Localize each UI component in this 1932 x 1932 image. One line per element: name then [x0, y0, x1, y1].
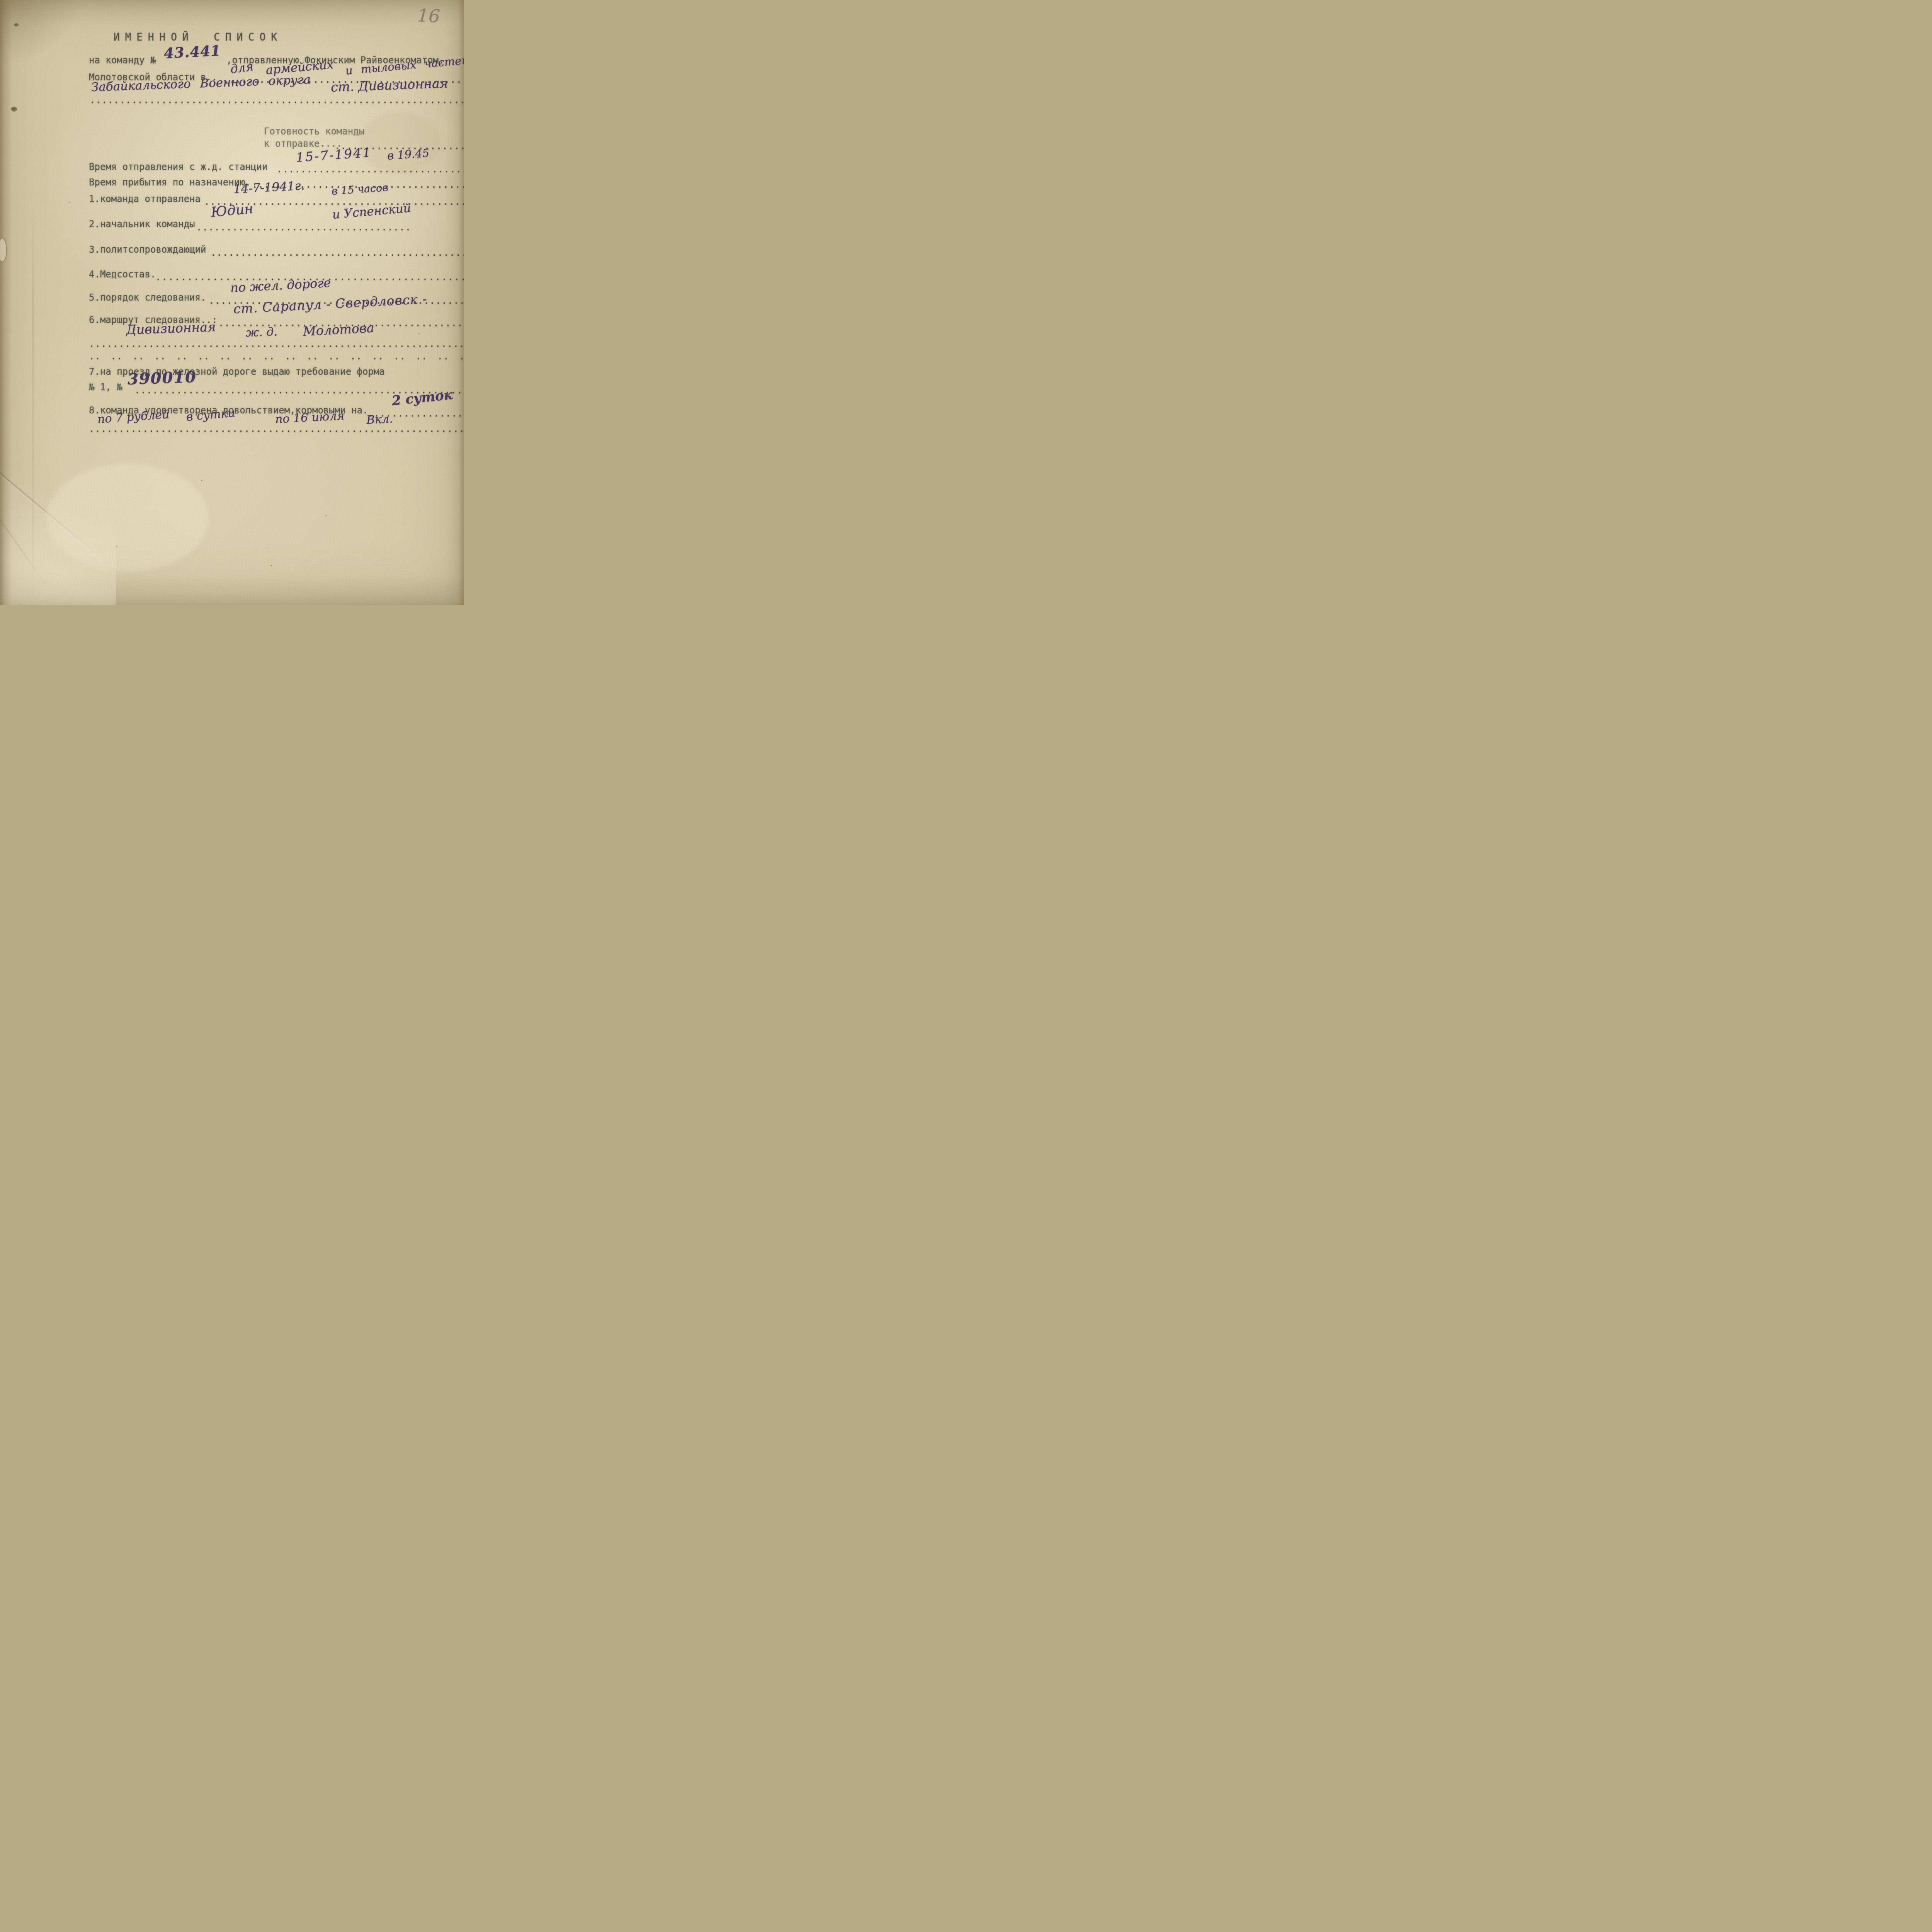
field-allowance-hand-inclusive: Вкл. [366, 412, 393, 427]
field-route-hand-molotova: Молотова [303, 320, 374, 339]
punch-hole [14, 23, 19, 27]
field-chief-dot-leader: .................................... [196, 222, 411, 233]
document-title: ИМЕННОЙ СПИСОК [114, 32, 282, 43]
field-sent-label: 1.команда отправлена [89, 194, 201, 204]
corner-crease [0, 508, 48, 588]
field-ticket-label-2: № 1, № [89, 382, 122, 393]
speck [270, 565, 272, 566]
speck [69, 202, 70, 203]
field-route-hand-station: Дивизионная [126, 319, 216, 337]
punch-hole [11, 107, 17, 112]
field-chief-label: 2.начальник команды [89, 219, 195, 230]
field-polit-dot-leader: ........................................… [211, 247, 464, 258]
field-route-hand-railway: ж. д. [245, 325, 277, 340]
edge-tear [0, 239, 6, 261]
field-chief-hand-name-1: Юдин [210, 201, 254, 220]
field-order-label: 5.порядок следования. [89, 292, 206, 303]
intro-typed-1: на команду № [89, 55, 156, 66]
scanned-document-page: 16 ИМЕННОЙ СПИСОК на команду № 43.441 ,о… [0, 0, 464, 605]
intro-hand-command-number: 43.441 [163, 42, 221, 62]
paper-stain [46, 464, 209, 572]
field-route-dot-leader-2: ........................................… [89, 338, 464, 349]
speck [201, 480, 202, 481]
field-route-dot-leader-3: .. .. .. .. .. .. .. .. .. .. .. .. .. .… [89, 351, 464, 362]
field-polit-label: 3.политсопровождающий [89, 244, 206, 255]
vertical-fold-crease [32, 201, 34, 605]
speck [116, 546, 117, 547]
field-ticket-hand-number: 390010 [127, 368, 197, 388]
speck [325, 515, 327, 516]
corner-light-patch [0, 433, 116, 605]
speck [418, 333, 420, 334]
departure-label: Время отправления с ж.д. станции [89, 162, 267, 172]
field-med-label: 4.Медсостав. [89, 269, 156, 280]
departure-dot-leader: ........................................ [277, 164, 464, 175]
torn-left-edge [0, 0, 12, 605]
arrival-label: Время прибытия по назначению. [89, 177, 251, 188]
intro-dot-leader-2: ........................................… [90, 95, 464, 105]
corner-crease [0, 463, 104, 561]
readiness-line-1: Готовность команды [264, 126, 364, 137]
page-number-handwritten: 16 [417, 5, 440, 27]
departure-hand-time: в 19.45 [387, 146, 430, 162]
